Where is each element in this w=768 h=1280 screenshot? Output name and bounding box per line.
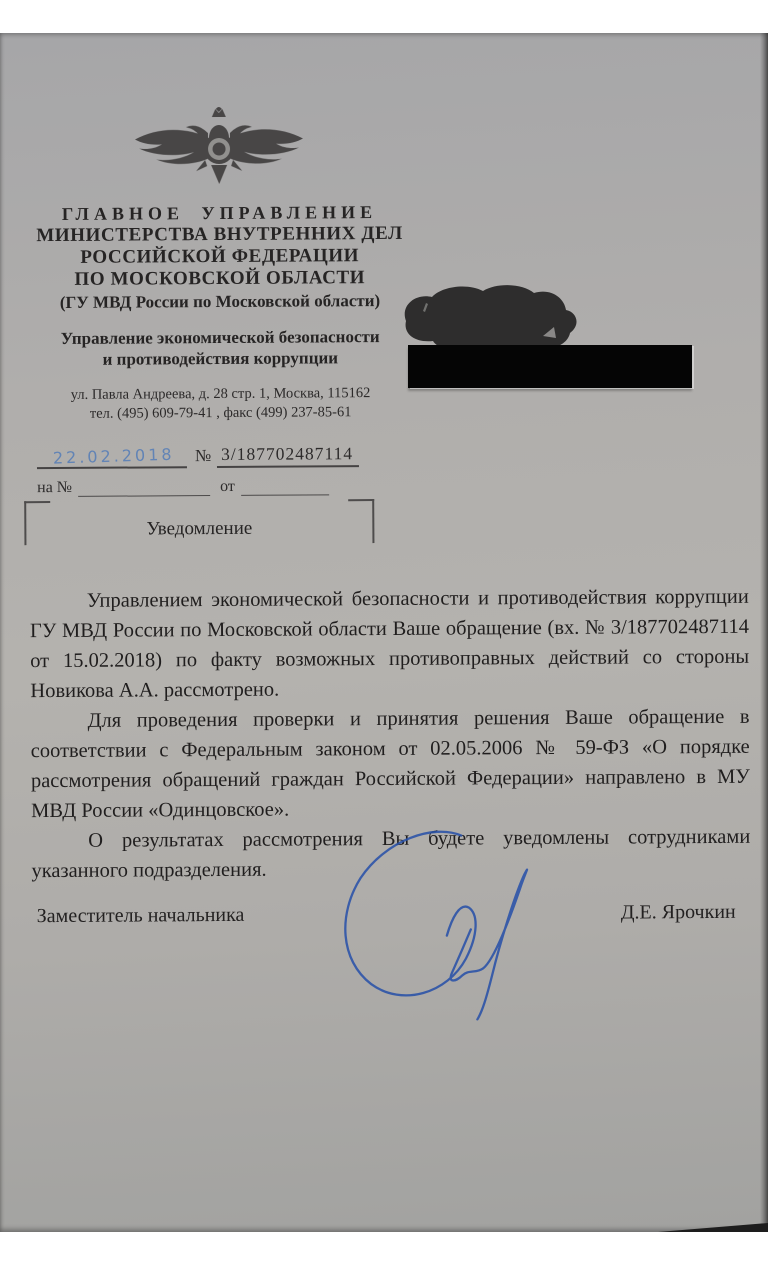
outgoing-number-value: 3/187702487114 [217,443,359,468]
org-name-line-3: РОССИЙСКОЙ ФЕДЕРАЦИИ [4,245,436,270]
signer-name: Д.Е. Ярочкин [621,901,736,925]
letterhead: ГЛАВНОЕ УПРАВЛЕНИЕ МИНИСТЕРСТВА ВНУТРЕНН… [3,101,437,425]
date-field: 22.02.2018 [37,440,187,469]
mvd-eagle-emblem-icon [131,101,308,197]
redaction-bar [408,345,692,388]
street-address: ул. Павла Андреева, д. 28 стр. 1, Москва… [4,384,436,406]
corner-mark-right [348,499,374,543]
paragraph-1: Управлением экономической безопасности и… [30,582,750,706]
paper-edge-shadow-right [760,33,768,1232]
reply-date-label: от [220,478,235,496]
phone-fax: тел. (495) 609-79-41 , факс (499) 237-85… [5,403,437,425]
address-block: ул. Павла Андреева, д. 28 стр. 1, Москва… [4,384,436,425]
org-name-abbrev: (ГУ МВД России по Московской области) [4,290,436,315]
document-photo-page: ГЛАВНОЕ УПРАВЛЕНИЕ МИНИСТЕРСТВА ВНУТРЕНН… [0,0,768,1280]
reply-number-label: на № [37,479,72,497]
photographed-letter: ГЛАВНОЕ УПРАВЛЕНИЕ МИНИСТЕРСТВА ВНУТРЕНН… [0,33,768,1232]
title-block: Уведомление [24,499,374,553]
reply-to-row: на № от [37,473,377,497]
department-name: Управление экономической безопасности и … [4,326,436,371]
date-stamp-handwritten: 22.02.2018 [53,445,175,468]
signer-position: Заместитель начальника [37,904,245,928]
document-title: Уведомление [24,517,374,541]
department-line-1: Управление экономической безопасности [4,326,436,350]
letter-content: ГЛАВНОЕ УПРАВЛЕНИЕ МИНИСТЕРСТВА ВНУТРЕНН… [0,33,768,1232]
paper-edge-shadow-bottom [658,1223,768,1232]
department-line-2: и противодействия коррупции [4,347,436,371]
number-sign-label: № [195,446,211,466]
org-name-line-1: ГЛАВНОЕ УПРАВЛЕНИЕ [3,202,435,226]
corner-mark-left [24,501,50,545]
reference-block: 22.02.2018 № 3/187702487114 на № от [37,437,377,497]
outgoing-number-row: 22.02.2018 № 3/187702487114 [37,437,377,469]
handwritten-signature [329,822,548,1021]
org-name-line-4: ПО МОСКОВСКОЙ ОБЛАСТИ [4,267,436,292]
org-name-line-2: МИНИСТЕРСТВА ВНУТРЕННИХ ДЕЛ [4,223,436,248]
reply-date-blank [241,477,329,496]
reply-number-blank [78,478,210,497]
paragraph-2: Для проведения проверки и принятия решен… [30,702,750,826]
